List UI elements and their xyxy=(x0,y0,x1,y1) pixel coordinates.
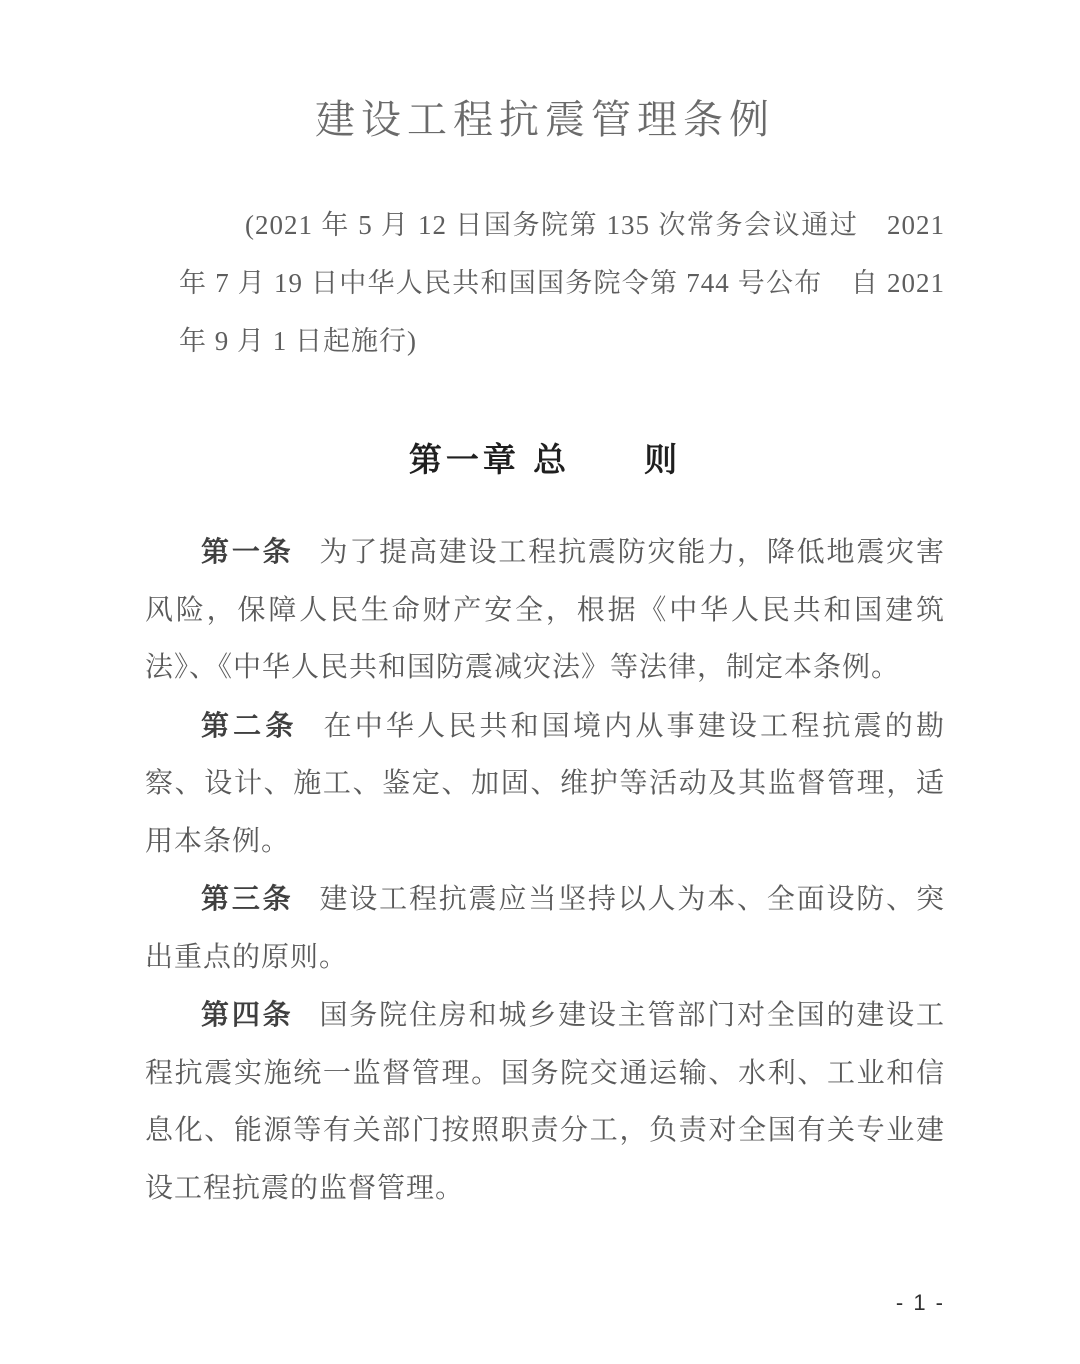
article-paragraph-4: 第四条国务院住房和城乡建设主管部门对全国的建设工程抗震实施统一监督管理。国务院交… xyxy=(145,986,945,1217)
page-number: - 1 - xyxy=(896,1290,945,1316)
article-3-label: 第三条 xyxy=(201,883,293,914)
article-paragraph-1: 第一条为了提高建设工程抗震防灾能力，降低地震灾害风险，保障人民生命财产安全，根据… xyxy=(145,523,945,697)
document-page: 建设工程抗震管理条例 (2021 年 5 月 12 日国务院第 135 次常务会… xyxy=(0,0,1080,1364)
article-paragraph-3: 第三条建设工程抗震应当坚持以人为本、全面设防、突出重点的原则。 xyxy=(145,870,945,986)
chapter-heading: 第一章 总 则 xyxy=(145,434,945,481)
article-paragraph-2: 第二条在中华人民共和国境内从事建设工程抗震的勘察、设计、施工、鉴定、加固、维护等… xyxy=(145,697,945,871)
promulgation-note: (2021 年 5 月 12 日国务院第 135 次常务会议通过 2021 年 … xyxy=(145,196,945,370)
article-4-text: 国务院住房和城乡建设主管部门对全国的建设工程抗震实施统一监督管理。国务院交通运输… xyxy=(145,1000,945,1204)
document-title: 建设工程抗震管理条例 xyxy=(145,96,945,144)
article-1-label: 第一条 xyxy=(201,536,293,567)
article-2-label: 第二条 xyxy=(201,710,298,741)
article-4-label: 第四条 xyxy=(201,999,293,1030)
